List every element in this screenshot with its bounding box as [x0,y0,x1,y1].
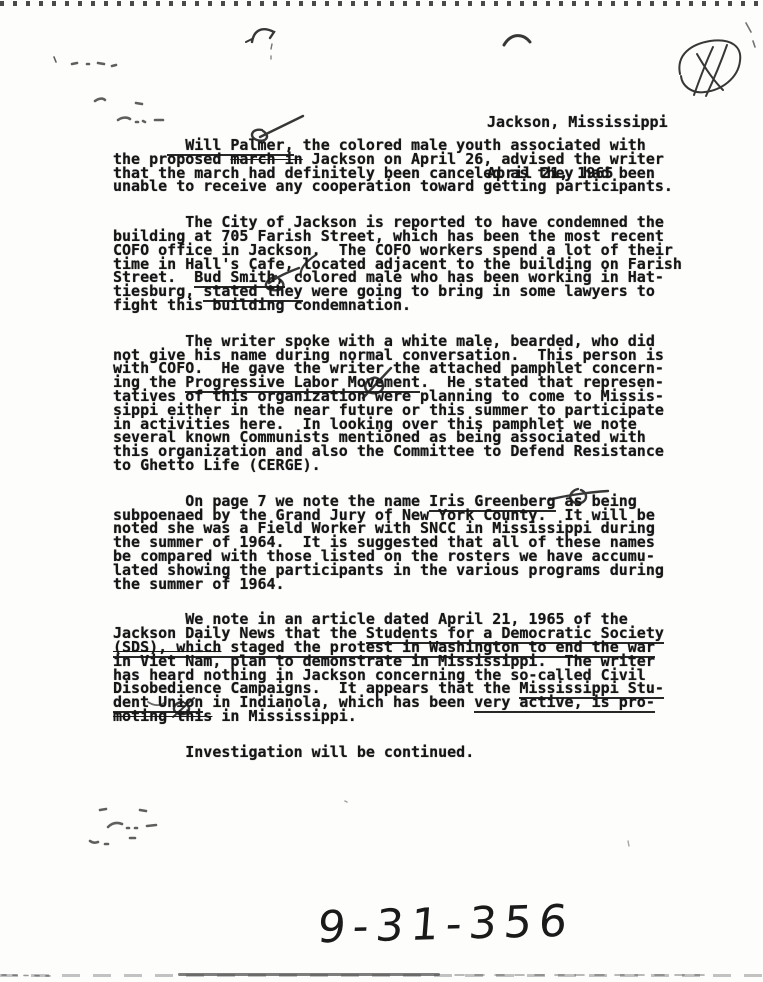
paragraph: Investigation will be continued. [113,746,713,760]
annotated-text-segment: very active, is pro- [474,693,655,713]
text-segment: the summer of 1964. [113,575,285,593]
broken-bottom-rule-dark-segment [178,973,440,976]
text-segment: in Mississippi. [212,707,357,725]
location-line: Jackson, Mississippi [487,114,668,131]
text-segment: Investigation will be continued. [113,743,474,761]
paragraph: The City of Jackson is reported to have … [113,216,713,313]
document-body: Will Palmer, the colored male youth asso… [113,139,713,781]
handwritten-file-number: 9-31-356 [316,896,576,954]
circled-initial-mark [679,23,755,96]
text-segment: fight this building condemnation. [113,296,411,314]
perforated-top-edge [0,1,763,6]
annotated-text-segment: moting this [113,707,212,725]
paragraph: On page 7 we note the name Iris Greenber… [113,495,713,592]
pen-arc-left [246,29,274,59]
document-page: Jackson, Mississippi April 21, 1965 Will… [0,0,763,982]
text-segment: unable to receive any cooperation toward… [113,177,673,195]
text-line: unable to receive any cooperation toward… [113,180,713,194]
text-segment: to Ghetto Life (CERGE). [113,456,321,474]
smudge-marks-bottom-left [90,801,629,846]
text-line: to Ghetto Life (CERGE). [113,459,713,473]
paragraph: We note in an article dated April 21, 19… [113,613,713,723]
text-line: the summer of 1964. [113,578,713,592]
paragraph: The writer spoke with a white male, bear… [113,335,713,473]
text-line: fight this building condemnation. [113,299,713,313]
pen-arc-right [504,36,530,45]
text-line: Investigation will be continued. [113,746,713,760]
smudge-marks-top-left [54,57,163,122]
paragraph: Will Palmer, the colored male youth asso… [113,139,713,194]
